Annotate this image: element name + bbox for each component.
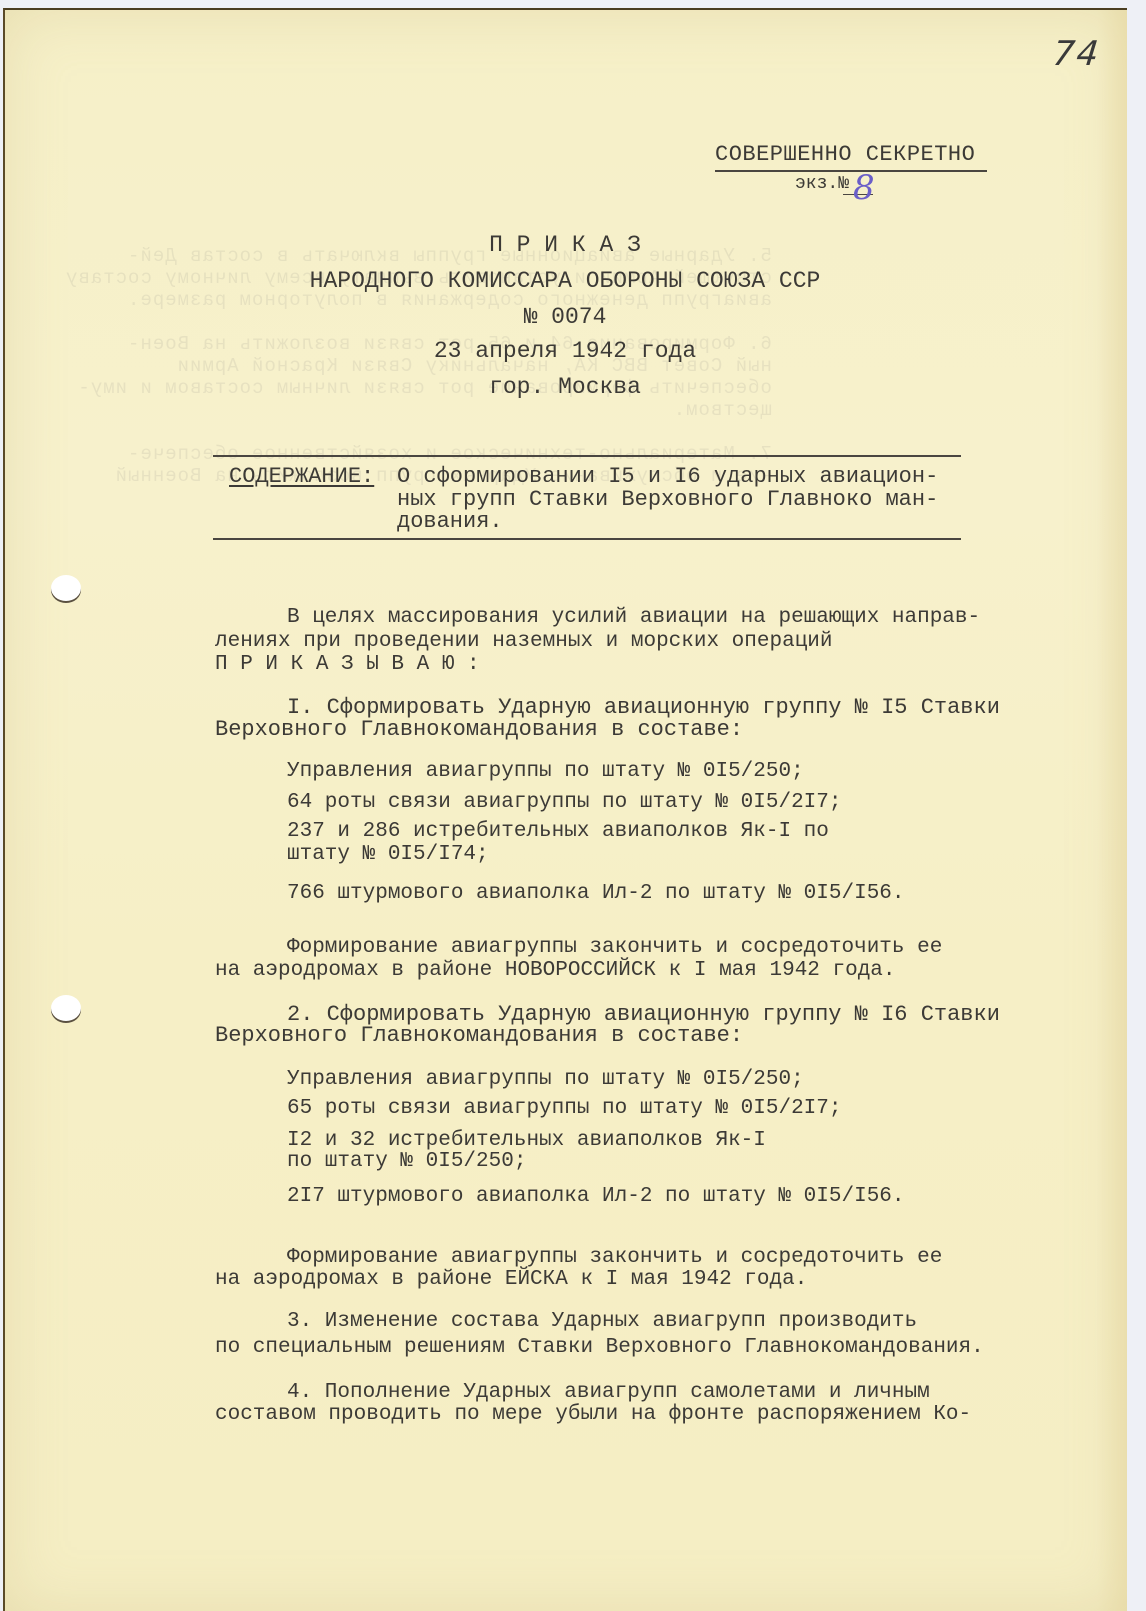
item-2-unit: 65 роты связи авиагруппы по штату № 0I5/… bbox=[287, 1097, 842, 1121]
classification-underline bbox=[715, 170, 987, 172]
order-word: П Р И К А З Ы В А Ю : bbox=[215, 653, 480, 677]
item-1-unit: Управления авиагруппы по штату № 0I5/250… bbox=[287, 760, 804, 784]
item-1-unit: 237 и 286 истребительных авиаполков Як-I… bbox=[287, 820, 829, 844]
item-2-unit: 2I7 штурмового авиаполка Ил-2 по штату №… bbox=[287, 1185, 905, 1209]
preamble-line: лениях при проведении наземных и морских… bbox=[215, 630, 833, 654]
item-2-conclusion: Формирование авиагруппы закончить и соср… bbox=[287, 1246, 942, 1270]
item-4-line: 4. Пополнение Ударных авиагрупп самолета… bbox=[287, 1381, 930, 1405]
order-title: П Р И К А З bbox=[285, 232, 845, 258]
contents-line: О сформировании I5 и I6 ударных авиацион… bbox=[397, 465, 938, 489]
item-2-conclusion: на аэродромах в районе ЕЙСКА к I мая 194… bbox=[215, 1268, 807, 1292]
item-4-line: составом проводить по мере убыли на фрон… bbox=[215, 1403, 971, 1427]
order-number: № 0074 bbox=[285, 304, 845, 330]
item-3-line: 3. Изменение состава Ударных авиагрупп п… bbox=[287, 1310, 917, 1334]
copy-number-handwritten: 8 bbox=[853, 168, 875, 208]
item-1-unit: штату № 0I5/I74; bbox=[287, 843, 489, 867]
copy-label: экз.№ bbox=[795, 174, 849, 194]
contents-line: дования. bbox=[397, 510, 503, 534]
order-date: 23 апреля 1942 года bbox=[285, 338, 845, 364]
punch-hole bbox=[51, 575, 81, 601]
order-issuer: НАРОДНОГО КОМИССАРА ОБОРОНЫ СОЮЗА ССР bbox=[245, 268, 885, 294]
contents-bottom-rule bbox=[213, 538, 961, 540]
page-number: 74 bbox=[1051, 34, 1102, 74]
order-place: гор. Москва bbox=[285, 374, 845, 400]
classification-stamp: СОВЕРШЕННО СЕКРЕТНО bbox=[715, 142, 975, 167]
item-1-conclusion: Формирование авиагруппы закончить и соср… bbox=[287, 936, 942, 960]
item-1-line: Верховного Главнокомандования в составе: bbox=[215, 718, 743, 742]
contents-top-rule bbox=[213, 455, 961, 457]
preamble-line: В целях массирования усилий авиации на р… bbox=[287, 606, 980, 630]
document-page: 5. Ударные авиационные группы включать в… bbox=[3, 8, 1127, 1611]
item-2-unit: Управления авиагруппы по штату № 0I5/250… bbox=[287, 1068, 804, 1092]
punch-hole bbox=[51, 995, 81, 1021]
item-2-unit: по штату № 0I5/250; bbox=[287, 1150, 526, 1174]
item-1-conclusion: на аэродромах в районе НОВОРОССИЙСК к I … bbox=[215, 959, 896, 983]
item-2-line: Верховного Главнокомандования в составе: bbox=[215, 1024, 743, 1048]
item-1-unit: 64 роты связи авиагруппы по штату № 0I5/… bbox=[287, 791, 842, 815]
contents-label: СОДЕРЖАНИЕ: bbox=[229, 465, 374, 489]
item-1-unit: 766 штурмового авиаполка Ил-2 по штату №… bbox=[287, 882, 905, 906]
item-3-line: по специальным решениям Ставки Верховног… bbox=[215, 1336, 984, 1360]
